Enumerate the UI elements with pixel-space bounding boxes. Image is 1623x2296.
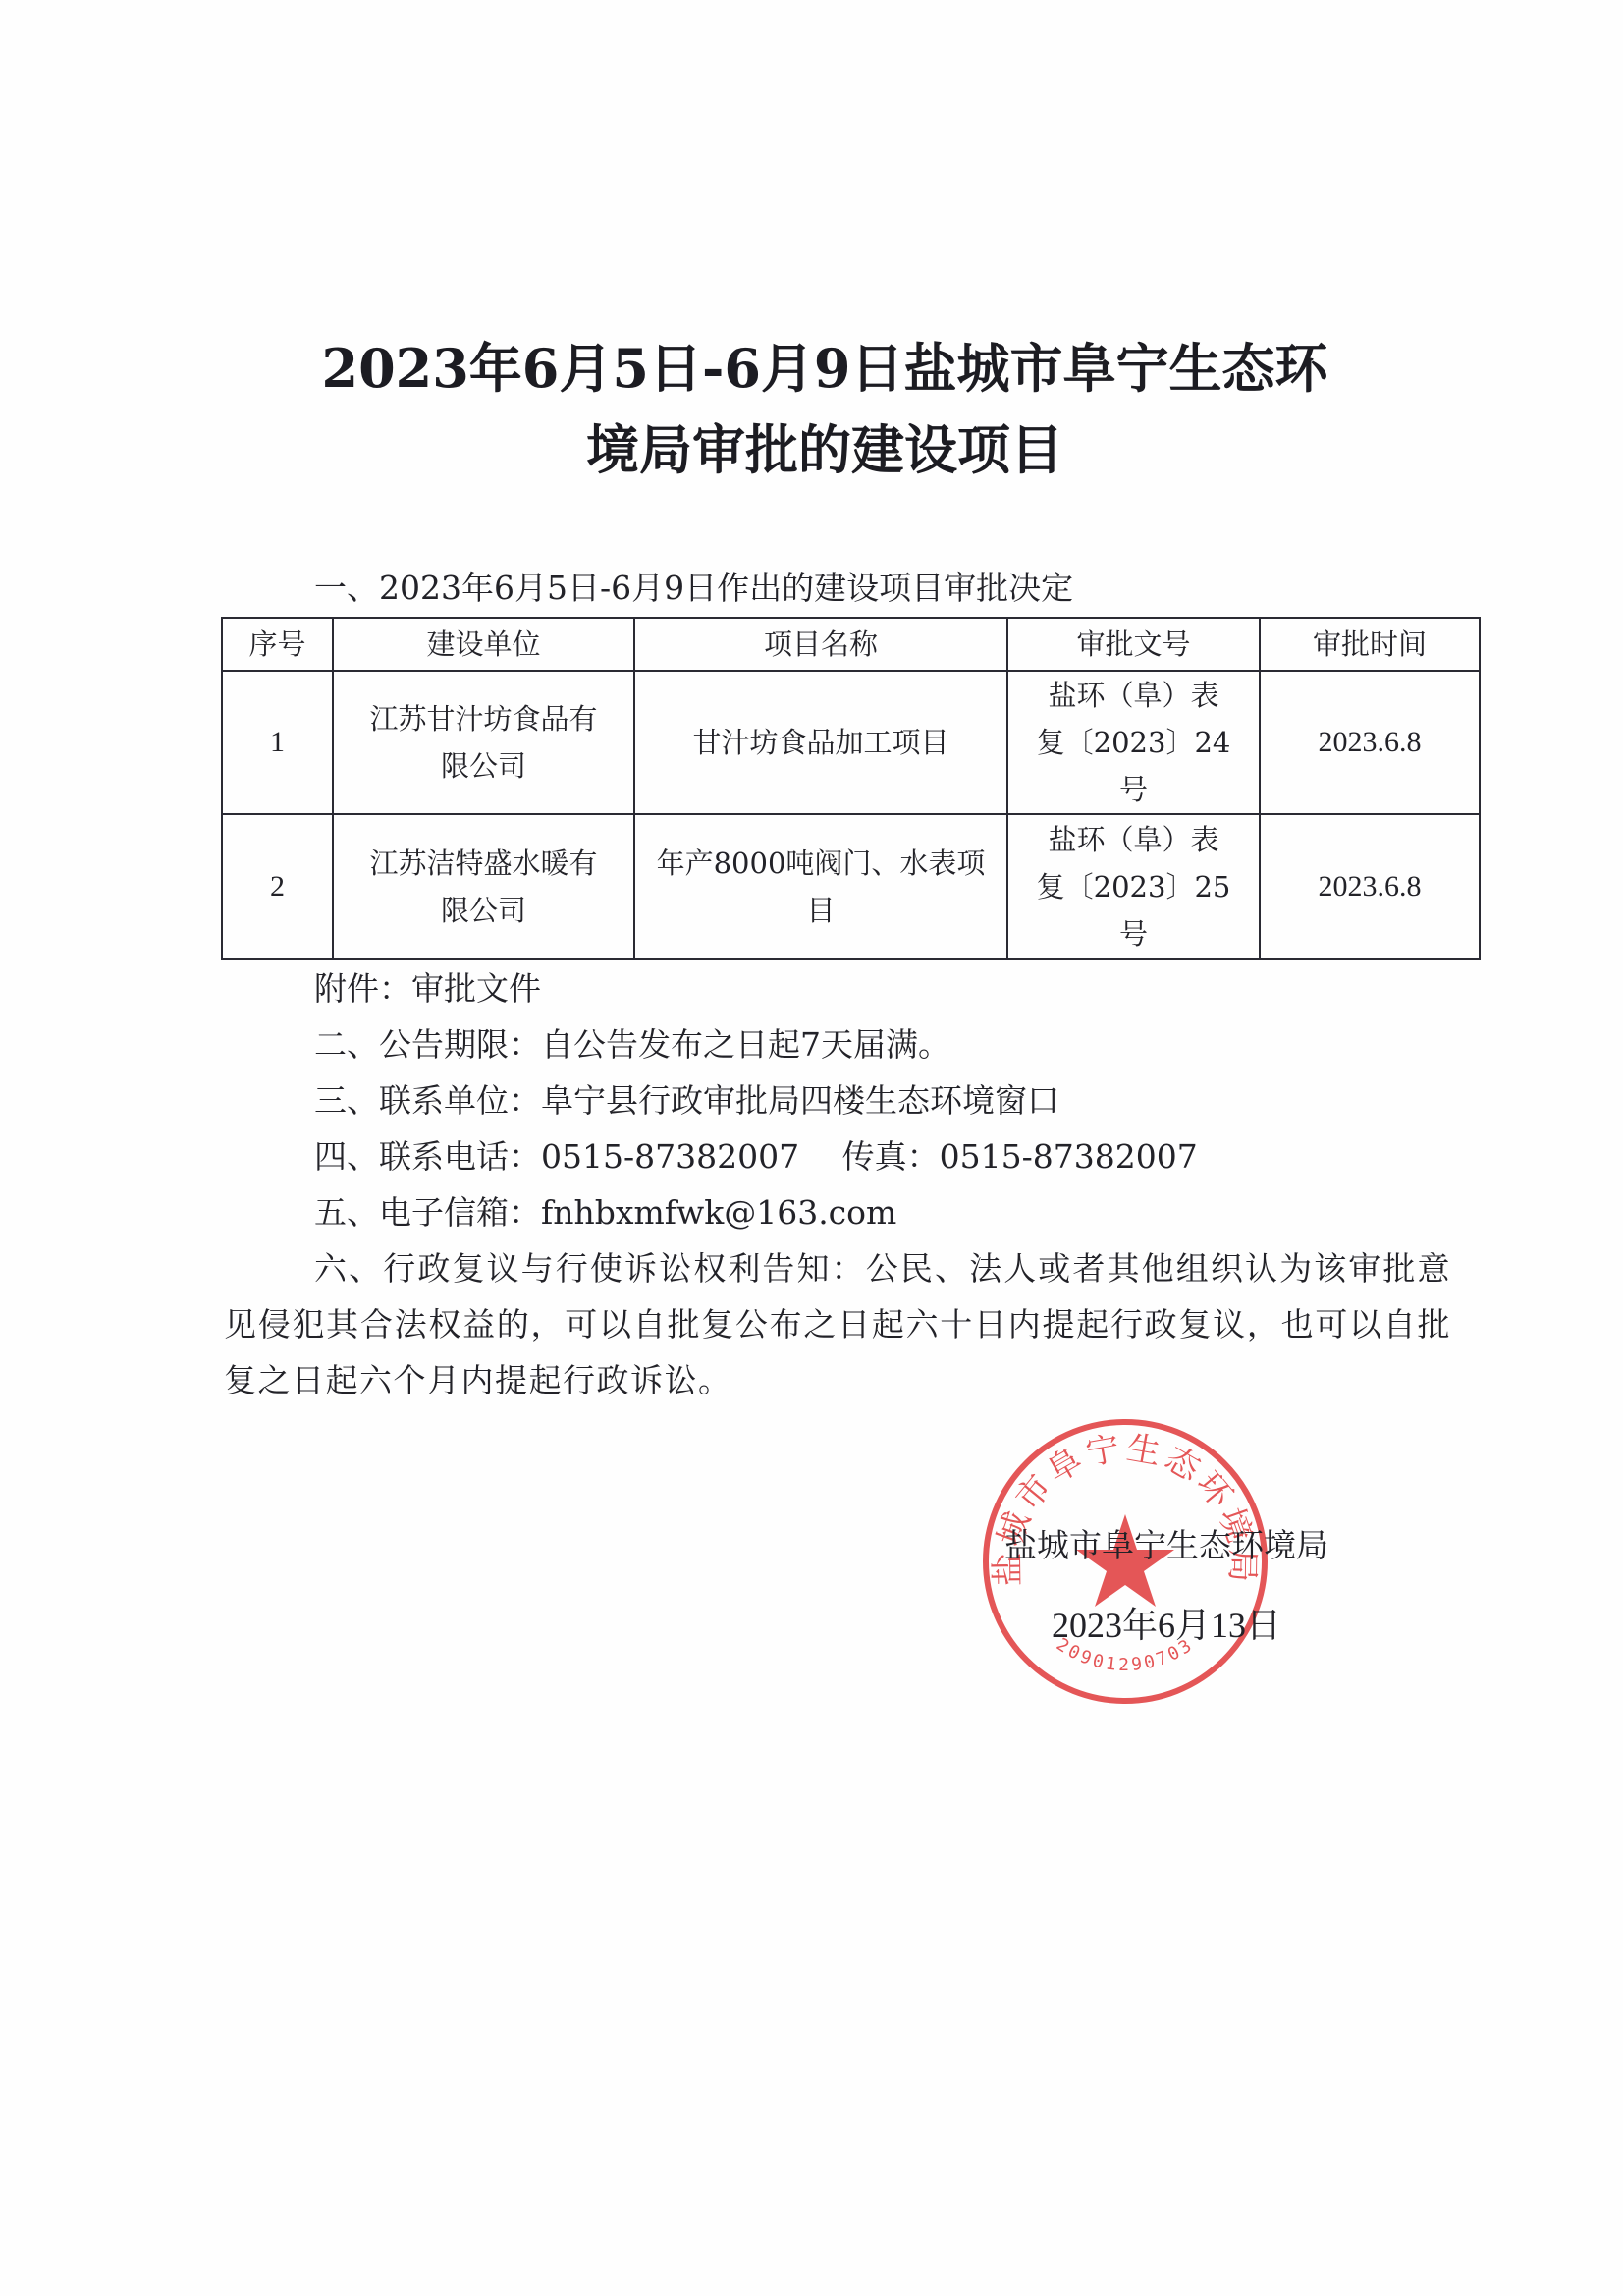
signing-date: 2023年6月13日 [970,1598,1363,1648]
legal-remedy-notice: 六、行政复议与行使诉讼权利告知：公民、法人或者其他组织认为该审批意见侵犯其合法权… [224,1240,1451,1408]
cell-unit-text: 江苏甘汁坊食品有限公司 [356,695,612,790]
cell-project: 年产8000吨阀门、水表项目 [634,814,1007,959]
cell-unit: 江苏甘汁坊食品有限公司 [333,671,634,814]
header-doc-no: 审批文号 [1007,618,1260,671]
attachment-line: 附件：审批文件 [314,960,541,1017]
cell-doc-no: 盐环（阜）表 复〔2023〕24 号 [1007,671,1260,814]
doc-no-line: 号 [1016,910,1251,957]
cell-date: 2023.6.8 [1260,814,1480,959]
doc-no-line: 复〔2023〕24 [1016,719,1251,766]
header-unit: 建设单位 [333,618,634,671]
contact-phone-fax: 四、联系电话：0515-87382007 传真：0515-87382007 [314,1128,1198,1185]
table-row: 2 江苏洁特盛水暖有限公司 年产8000吨阀门、水表项目 盐环（阜）表 复〔20… [222,814,1480,959]
header-date: 审批时间 [1260,618,1480,671]
signing-organization: 盐城市阜宁生态环境局 [970,1520,1363,1566]
table-header-row: 序号 建设单位 项目名称 审批文号 审批时间 [222,618,1480,671]
doc-no-line: 复〔2023〕25 [1016,863,1251,910]
cell-index: 2 [222,814,333,959]
approvals-table: 序号 建设单位 项目名称 审批文号 审批时间 1 江苏甘汁坊食品有限公司 甘汁坊… [221,617,1481,960]
document-page: 2023年6月5日-6月9日盐城市阜宁生态环 境局审批的建设项目 一、2023年… [0,0,1623,2296]
doc-no-line: 号 [1016,766,1251,813]
document-title-line-2: 境局审批的建设项目 [216,412,1434,487]
cell-project: 甘汁坊食品加工项目 [634,671,1007,814]
cell-unit: 江苏洁特盛水暖有限公司 [333,814,634,959]
cell-unit-text: 江苏洁特盛水暖有限公司 [356,840,612,934]
table-row: 1 江苏甘汁坊食品有限公司 甘汁坊食品加工项目 盐环（阜）表 复〔2023〕24… [222,671,1480,814]
header-index: 序号 [222,618,333,671]
cell-index: 1 [222,671,333,814]
cell-doc-no: 盐环（阜）表 复〔2023〕25 号 [1007,814,1260,959]
contact-unit: 三、联系单位：阜宁县行政审批局四楼生态环境窗口 [314,1072,1059,1129]
contact-email: 五、电子信箱：fnhbxmfwk@163.com [314,1184,896,1241]
announcement-period: 二、公告期限：自公告发布之日起7天届满。 [314,1016,950,1073]
doc-no-line: 盐环（阜）表 [1016,816,1251,863]
document-title-line-1: 2023年6月5日-6月9日盐城市阜宁生态环 [216,331,1434,406]
doc-no-line: 盐环（阜）表 [1016,672,1251,719]
cell-date: 2023.6.8 [1260,671,1480,814]
section-1-heading: 一、2023年6月5日-6月9日作出的建设项目审批决定 [314,564,1073,613]
header-project: 项目名称 [634,618,1007,671]
cell-project-text: 年产8000吨阀门、水表项目 [654,840,988,934]
